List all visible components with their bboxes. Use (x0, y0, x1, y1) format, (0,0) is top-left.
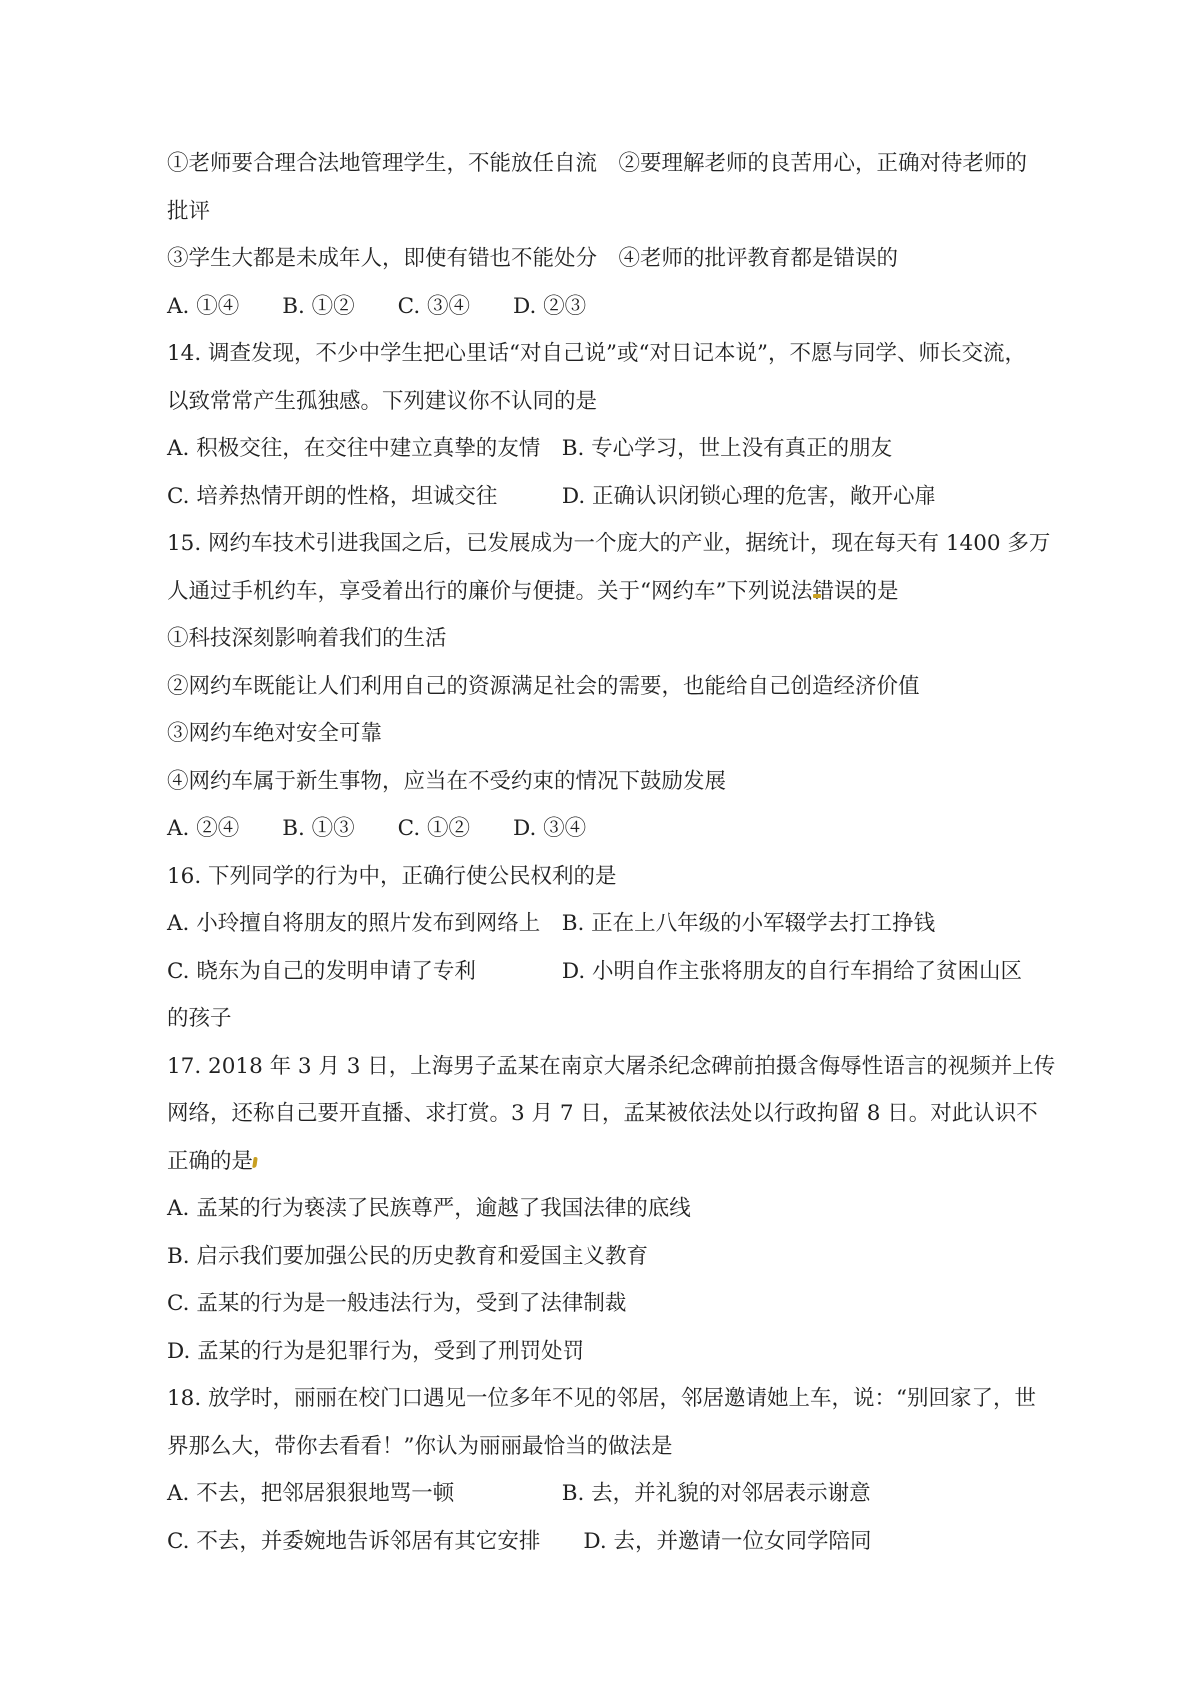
exam-line: ②网约车既能让人们利用自己的资源满足社会的需要，也能给自己创造经济价值 (167, 663, 1147, 711)
exam-line-options: C. 培养热情开朗的性格，坦诚交往 D. 正确认识闭锁心理的危害，敞开心扉 (167, 473, 1147, 521)
exam-line: ④网约车属于新生事物，应当在不受约束的情况下鼓励发展 (167, 758, 1147, 806)
exam-line-question-17: 17. 2018 年 3 月 3 日，上海男子孟某在南京大屠杀纪念碑前拍摄含侮辱… (167, 1043, 1147, 1091)
exam-line-options: A. 孟某的行为亵渎了民族尊严，逾越了我国法律的底线 (167, 1185, 1147, 1233)
exam-line: 以致常常产生孤独感。下列建议你不认同的是 (167, 378, 1147, 426)
exam-line-options: A. ②④ B. ①③ C. ①② D. ③④ (167, 805, 1147, 853)
exam-line: ①老师要合理合法地管理学生，不能放任自流 ②要理解老师的良苦用心，正确对待老师的 (167, 140, 1147, 188)
exam-line: 正确的是 (167, 1138, 1147, 1186)
exam-line-options: A. 不去，把邻居狠狠地骂一顿 B. 去，并礼貌的对邻居表示谢意 (167, 1470, 1147, 1518)
exam-line: 人通过手机约车，享受着出行的廉价与便捷。关于“网约车”下列说法错误的是 (167, 568, 1147, 616)
exam-line: 界那么大，带你去看看！”你认为丽丽最恰当的做法是 (167, 1423, 1147, 1471)
exam-line: 批评 (167, 188, 1147, 236)
exam-line-options: A. 小玲擅自将朋友的照片发布到网络上 B. 正在上八年级的小军辍学去打工挣钱 (167, 900, 1147, 948)
exam-line-options: C. 不去，并委婉地告诉邻居有其它安排 D. 去，并邀请一位女同学陪同 (167, 1518, 1147, 1566)
exam-line-question-18: 18. 放学时，丽丽在校门口遇见一位多年不见的邻居，邻居邀请她上车，说：“别回家… (167, 1375, 1147, 1423)
exam-line-question-15: 15. 网约车技术引进我国之后，已发展成为一个庞大的产业，据统计，现在每天有 1… (167, 520, 1147, 568)
exam-line: ③学生大都是未成年人，即使有错也不能处分 ④老师的批评教育都是错误的 (167, 235, 1147, 283)
exam-line-options: B. 启示我们要加强公民的历史教育和爱国主义教育 (167, 1233, 1147, 1281)
exam-line-question-16: 16. 下列同学的行为中，正确行使公民权利的是 (167, 853, 1147, 901)
exam-line: ①科技深刻影响着我们的生活 (167, 615, 1147, 663)
exam-line-options: C. 孟某的行为是一般违法行为，受到了法律制裁 (167, 1280, 1147, 1328)
exam-page-text-block: ①老师要合理合法地管理学生，不能放任自流 ②要理解老师的良苦用心，正确对待老师的… (167, 140, 1147, 1565)
exam-line-options: C. 晓东为自己的发明申请了专利 D. 小明自作主张将朋友的自行车捐给了贫困山区 (167, 948, 1147, 996)
exam-line-options: A. ①④ B. ①② C. ③④ D. ②③ (167, 283, 1147, 331)
exam-line: 的孩子 (167, 995, 1147, 1043)
exam-line-question-14: 14. 调查发现，不少中学生把心里话“对自己说”或“对日记本说”，不愿与同学、师… (167, 330, 1147, 378)
exam-line: ③网约车绝对安全可靠 (167, 710, 1147, 758)
exam-line-options: A. 积极交往，在交往中建立真挚的友情 B. 专心学习，世上没有真正的朋友 (167, 425, 1147, 473)
stray-proofing-mark (813, 594, 821, 598)
exam-line-options: D. 孟某的行为是犯罪行为，受到了刑罚处罚 (167, 1328, 1147, 1376)
exam-line: 网络，还称自己要开直播、求打赏。3 月 7 日，孟某被依法处以行政拘留 8 日。… (167, 1090, 1147, 1138)
